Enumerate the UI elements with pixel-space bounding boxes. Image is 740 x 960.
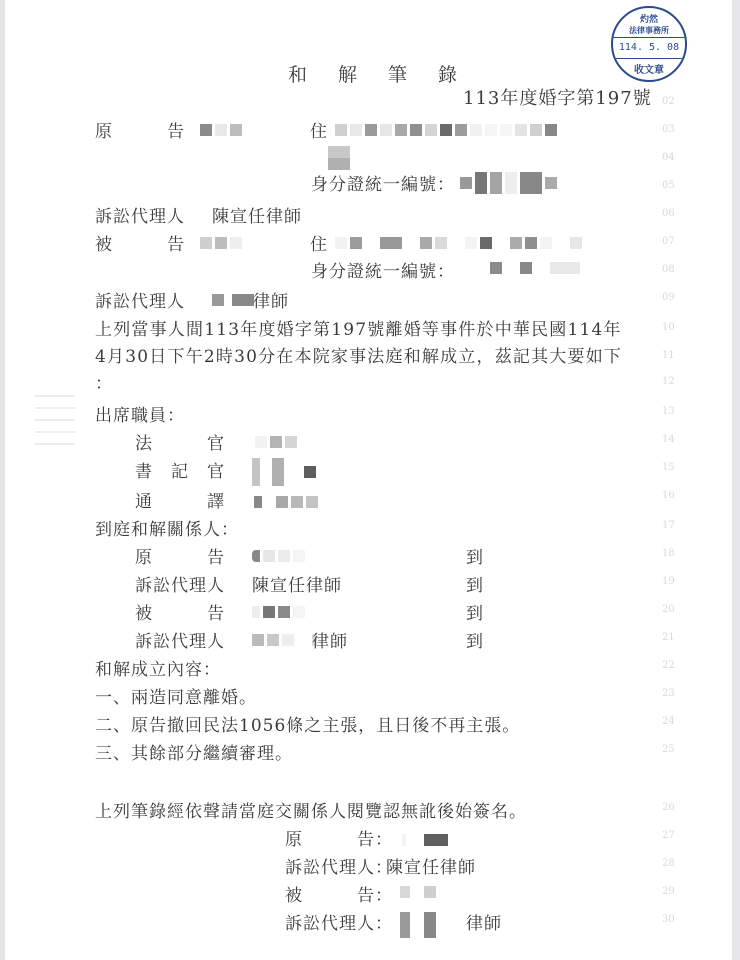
- defendant-attorney-label: 訴訟代理人: [95, 292, 185, 312]
- redacted-signature-plaintiff: [402, 834, 448, 846]
- redacted-defendant-attorney-name: [212, 294, 254, 306]
- line-number: 18: [662, 548, 675, 559]
- staff-heading: 出席職員：: [95, 406, 185, 426]
- line-number: 05: [662, 180, 675, 191]
- redacted-attendee-defendant: [252, 606, 305, 618]
- title-char: 和: [288, 60, 308, 87]
- line-number: 20: [662, 604, 675, 615]
- defendant-attorney-suffix: 律師: [253, 292, 289, 312]
- redacted-interpreter-name: [254, 496, 318, 508]
- redacted-signature-defendant-attorney: [400, 912, 436, 938]
- title-char: 筆: [388, 60, 408, 87]
- interpreter-label: 通 譯: [135, 492, 225, 512]
- line-number: 17: [662, 520, 675, 531]
- line-number: 22: [662, 660, 675, 671]
- signature-role: 訴訟代理人：: [285, 914, 393, 934]
- line-number: 30: [662, 914, 675, 925]
- case-number: 113年度婚字第197號: [463, 89, 652, 109]
- redacted-plaintiff-id: [460, 172, 557, 194]
- intro-line-2: 4月30日下午2時30分在本院家事法庭和解成立，茲記其大要如下: [95, 347, 622, 367]
- redacted-address-continuation: [328, 146, 350, 170]
- attendee-name: 律師: [312, 632, 348, 652]
- redacted-attendee-defendant-attorney: [252, 634, 317, 646]
- signature-role: 訴訟代理人：: [285, 858, 393, 878]
- line-number: 16: [662, 490, 675, 501]
- settlement-item-2: 二、原告撤回民法1056條之主張，且日後不再主張。: [95, 716, 520, 736]
- title-char: 錄: [438, 60, 458, 87]
- redacted-defendant-address: [335, 237, 582, 249]
- redacted-clerk-name: [252, 458, 316, 486]
- redacted-plaintiff-address: [335, 124, 557, 136]
- line-number: 06: [662, 208, 675, 219]
- attendee-name: 陳宣任律師: [252, 576, 342, 596]
- line-number: 14: [662, 434, 675, 445]
- line-number: 21: [662, 632, 675, 643]
- bleed-through-marks: [35, 385, 75, 495]
- attendee-status: 到: [466, 548, 484, 568]
- attendee-status: 到: [466, 576, 484, 596]
- line-number: 29: [662, 886, 675, 897]
- attendee-status: 到: [466, 632, 484, 652]
- closing-statement: 上列筆錄經依聲請當庭交關係人閱覽認無訛後始簽名。: [95, 802, 527, 822]
- plaintiff-label: 原 告: [95, 122, 185, 142]
- redacted-judge-name: [255, 436, 297, 448]
- attendee-status: 到: [466, 604, 484, 624]
- plaintiff-residence-label: 住: [310, 122, 328, 142]
- document-title: 和解筆錄: [288, 60, 488, 87]
- receipt-stamp: 灼然 法律事務所 114. 5. 08 收文章: [611, 6, 687, 82]
- title-char: 解: [338, 60, 358, 87]
- signature-name: 陳宣任律師: [386, 858, 476, 878]
- signature-name: 律師: [466, 914, 502, 934]
- line-number: 04: [662, 152, 675, 163]
- line-number: 08: [662, 264, 675, 275]
- attendee-role: 訴訟代理人: [135, 632, 225, 652]
- line-number: 13: [662, 406, 675, 417]
- line-number: 10: [662, 322, 675, 333]
- attendee-role: 原 告: [135, 548, 225, 568]
- settlement-heading: 和解成立內容：: [95, 660, 221, 680]
- line-number: 23: [662, 688, 675, 699]
- line-number: 19: [662, 576, 675, 587]
- attendee-role: 訴訟代理人: [135, 576, 225, 596]
- settlement-item-3: 三、其餘部分繼續審理。: [95, 744, 293, 764]
- intro-line-3: ：: [95, 374, 113, 394]
- clerk-label: 書 記 官: [135, 462, 225, 482]
- redacted-defendant-name: [200, 237, 242, 249]
- line-number: 11: [662, 350, 675, 361]
- redacted-defendant-id: [490, 262, 580, 274]
- attendee-role: 被 告: [135, 604, 225, 624]
- plaintiff-id-label: 身分證統一編號：: [311, 175, 455, 195]
- line-number: 24: [662, 716, 675, 727]
- scan-right-edge: [732, 0, 740, 960]
- judge-label: 法 官: [135, 434, 225, 454]
- line-number: 15: [662, 462, 675, 473]
- defendant-label: 被 告: [95, 235, 185, 255]
- redacted-attendee-plaintiff: [252, 550, 305, 562]
- line-number: 25: [662, 744, 675, 755]
- stamp-firm-name: 灼然: [613, 15, 685, 25]
- signature-role: 原 告：: [285, 830, 393, 850]
- stamp-label: 收文章: [613, 61, 685, 76]
- line-number: 27: [662, 830, 675, 841]
- line-number: 07: [662, 236, 675, 247]
- redacted-signature-defendant: [400, 886, 436, 898]
- defendant-residence-label: 住: [310, 235, 328, 255]
- attendees-heading: 到庭和解關係人：: [95, 520, 239, 540]
- plaintiff-attorney-name: 陳宣任律師: [212, 207, 302, 227]
- line-number: 12: [662, 376, 675, 387]
- stamp-firm-type: 法律事務所: [613, 25, 685, 35]
- plaintiff-attorney-label: 訴訟代理人: [95, 207, 185, 227]
- scan-left-edge: [0, 0, 5, 960]
- line-number: 28: [662, 858, 675, 869]
- line-number: 09: [662, 292, 675, 303]
- line-number: 03: [662, 124, 675, 135]
- stamp-date: 114. 5. 08: [613, 39, 685, 57]
- intro-line-1: 上列當事人間113年度婚字第197號離婚等事件於中華民國114年: [95, 320, 622, 340]
- line-number: 02: [662, 96, 675, 107]
- redacted-plaintiff-name: [200, 124, 242, 136]
- signature-role: 被 告：: [285, 886, 393, 906]
- defendant-id-label: 身分證統一編號：: [311, 262, 455, 282]
- line-number: 26: [662, 802, 675, 813]
- settlement-item-1: 一、兩造同意離婚。: [95, 688, 257, 708]
